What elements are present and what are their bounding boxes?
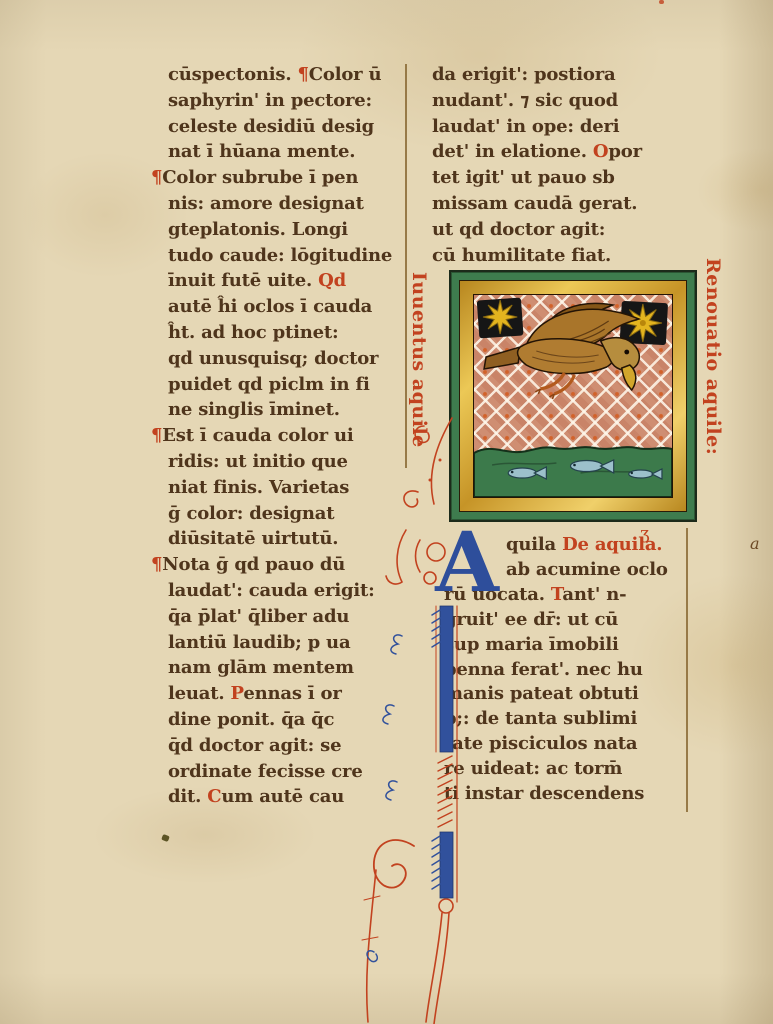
body-text: lantiū laudib; p ua: [168, 632, 350, 653]
text-line: nudant'. ⁊ sic quod: [432, 88, 696, 114]
body-text: autē ĥi oclos ī cauda: [168, 296, 372, 317]
body-text: nam glām mentem: [168, 657, 354, 678]
body-text: da erigit': postiora: [432, 64, 615, 85]
rubricated-text: ¶: [151, 425, 162, 446]
text-line: tudo caude: lōgitudine: [168, 243, 400, 269]
body-text: ordinate fecisse cre: [168, 761, 363, 782]
body-text: īnuit futē uite.: [168, 270, 318, 291]
body-text: Color subrube ī pen: [162, 167, 358, 188]
rubricated-text: ¶: [151, 554, 162, 575]
text-line: celeste desidiū desig: [168, 114, 400, 140]
red-fleck: [659, 0, 664, 4]
body-text: gteplatonis. Longi: [168, 219, 348, 240]
body-text: ĥt. ad hoc ptinet:: [168, 322, 338, 343]
body-text: Nota ḡ qd pauo dū: [162, 554, 345, 575]
manuscript-page: cūspectonis. ¶Color ūsaphyrin' in pector…: [0, 0, 773, 1024]
rubricated-text: P: [231, 683, 244, 704]
body-text: ut qd doctor agit:: [432, 219, 605, 240]
body-text: det' in elatione.: [432, 141, 593, 162]
text-line: det' in elatione. Opor: [432, 139, 696, 165]
rubricated-text: C: [207, 786, 221, 807]
body-text: ḡ color: designat: [168, 503, 334, 524]
text-line: saphyrin' in pectore:: [168, 88, 400, 114]
body-text: leuat.: [168, 683, 231, 704]
rubric-renouatio-aquile: Renouatio aquile:: [702, 258, 724, 455]
text-line: ĥt. ad hoc ptinet:: [168, 320, 400, 346]
body-text: nat ī hūana mente.: [168, 141, 355, 162]
body-text: dit.: [168, 786, 207, 807]
margin-note-letter: a: [750, 534, 760, 553]
text-line: ¶Color subrube ī pen: [168, 165, 400, 191]
rubricated-text: T: [551, 584, 562, 605]
body-text: nis: amore designat: [168, 193, 364, 214]
text-line: missam caudā gerat.: [432, 191, 696, 217]
body-text: q̄a p̄lat' q̄liber adu: [168, 606, 349, 627]
body-text: niat finis. Varietas: [168, 477, 349, 498]
body-text: laudat' in ope: deri: [432, 116, 619, 137]
rubricated-text: O: [593, 141, 608, 162]
text-line: gteplatonis. Longi: [168, 217, 400, 243]
body-text: dine ponit. q̄a q̄c: [168, 709, 334, 730]
body-text: nudant'. ⁊ sic quod: [432, 90, 618, 111]
star-icon: [477, 298, 524, 339]
body-text: Color ū: [309, 64, 382, 85]
rubricated-text: ¶: [298, 64, 309, 85]
body-text: puidet qd piclm in fi: [168, 374, 370, 395]
parchment-fleck: [161, 834, 170, 842]
text-line: ut qd doctor agit:: [432, 217, 696, 243]
red-flourish-mark: ʒ: [640, 524, 650, 544]
body-text: ennas ī or: [243, 683, 341, 704]
body-text: qd unusquisq; doctor: [168, 348, 378, 369]
body-text: tet igit' ut pauo sb: [432, 167, 615, 188]
text-line: cūspectonis. ¶Color ū: [168, 62, 400, 88]
text-line: nat ī hūana mente.: [168, 139, 400, 165]
body-text: celeste desidiū desig: [168, 116, 374, 137]
penwork-flourish: [340, 400, 520, 1024]
body-text: cū humilitate fiat.: [432, 245, 611, 266]
text-line: tet igit' ut pauo sb: [432, 165, 696, 191]
body-text: um autē cau: [221, 786, 344, 807]
text-line: quila De aquila.: [506, 533, 696, 558]
body-text: Est ī cauda color ui: [162, 425, 353, 446]
body-text: missam caudā gerat.: [432, 193, 637, 214]
body-text: diūsitatē uirtutū.: [168, 528, 338, 549]
text-line: nis: amore designat: [168, 191, 400, 217]
body-text: ridis: ut initio que: [168, 451, 348, 472]
body-text: por: [608, 141, 641, 162]
body-text: ab acumine oclo: [506, 559, 668, 580]
body-text: q̄d doctor agit: se: [168, 735, 341, 756]
rubricated-text: ¶: [151, 167, 162, 188]
text-line: cū humilitate fiat.: [432, 243, 696, 269]
text-line: ab acumine oclo: [506, 558, 696, 583]
text-line: puidet qd piclm in fi: [168, 372, 400, 398]
body-text: saphyrin' in pectore:: [168, 90, 372, 111]
rubricated-text: Qd: [318, 270, 346, 291]
body-text: tudo caude: lōgitudine: [168, 245, 392, 266]
body-text: ne singlis īminet.: [168, 399, 340, 420]
text-line: qd unusquisq; doctor: [168, 346, 400, 372]
right-text-column-top: da erigit': postioranudant'. ⁊ sic quodl…: [432, 62, 696, 268]
text-line: da erigit': postiora: [432, 62, 696, 88]
body-text: ant' n-: [562, 584, 626, 605]
body-text: cūspectonis.: [168, 64, 298, 85]
text-line: īnuit futē uite. Qd: [168, 268, 400, 294]
text-line: autē ĥi oclos ī cauda: [168, 294, 400, 320]
text-line: laudat' in ope: deri: [432, 114, 696, 140]
